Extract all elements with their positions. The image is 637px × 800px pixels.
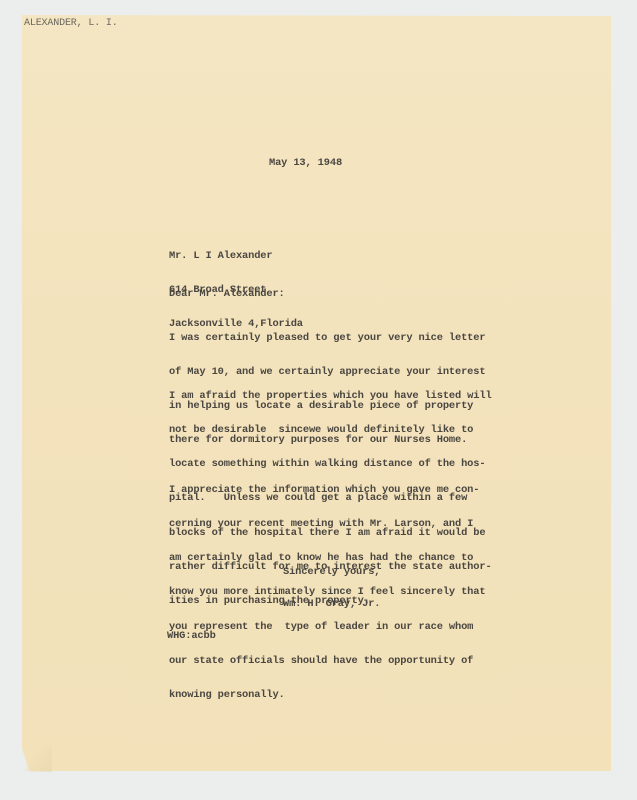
complimentary-close: Sincerely yours, bbox=[283, 567, 380, 578]
paragraph-line: not be desirable sincewe would definitel… bbox=[169, 425, 492, 436]
signature-name: Wm. H. Gray, Jr. bbox=[283, 599, 380, 610]
paragraph-line: you represent the type of leader in our … bbox=[169, 622, 485, 633]
paragraph-line: I was certainly pleased to get your very… bbox=[169, 333, 485, 344]
folded-corner bbox=[22, 742, 52, 772]
salutation: Dear Mr. Alexander: bbox=[169, 289, 285, 300]
paragraph-line: knowing personally. bbox=[169, 690, 485, 701]
address-line: Mr. L I Alexander bbox=[169, 251, 303, 262]
file-label: ALEXANDER, L. I. bbox=[24, 18, 118, 29]
paragraph-line: I am afraid the properties which you hav… bbox=[169, 391, 492, 402]
body-paragraph-3: I appreciate the information which you g… bbox=[169, 462, 485, 724]
reference-initials: WHG:acbb bbox=[167, 631, 216, 642]
paragraph-line: our state officials should have the oppo… bbox=[169, 656, 485, 667]
scanned-letter: ALEXANDER, L. I. May 13, 1948 Mr. L I Al… bbox=[0, 0, 637, 800]
paragraph-line: cerning your recent meeting with Mr. Lar… bbox=[169, 519, 485, 530]
paragraph-line: I appreciate the information which you g… bbox=[169, 485, 485, 496]
paragraph-line: am certainly glad to know he has had the… bbox=[169, 553, 485, 564]
letter-date: May 13, 1948 bbox=[269, 158, 342, 169]
